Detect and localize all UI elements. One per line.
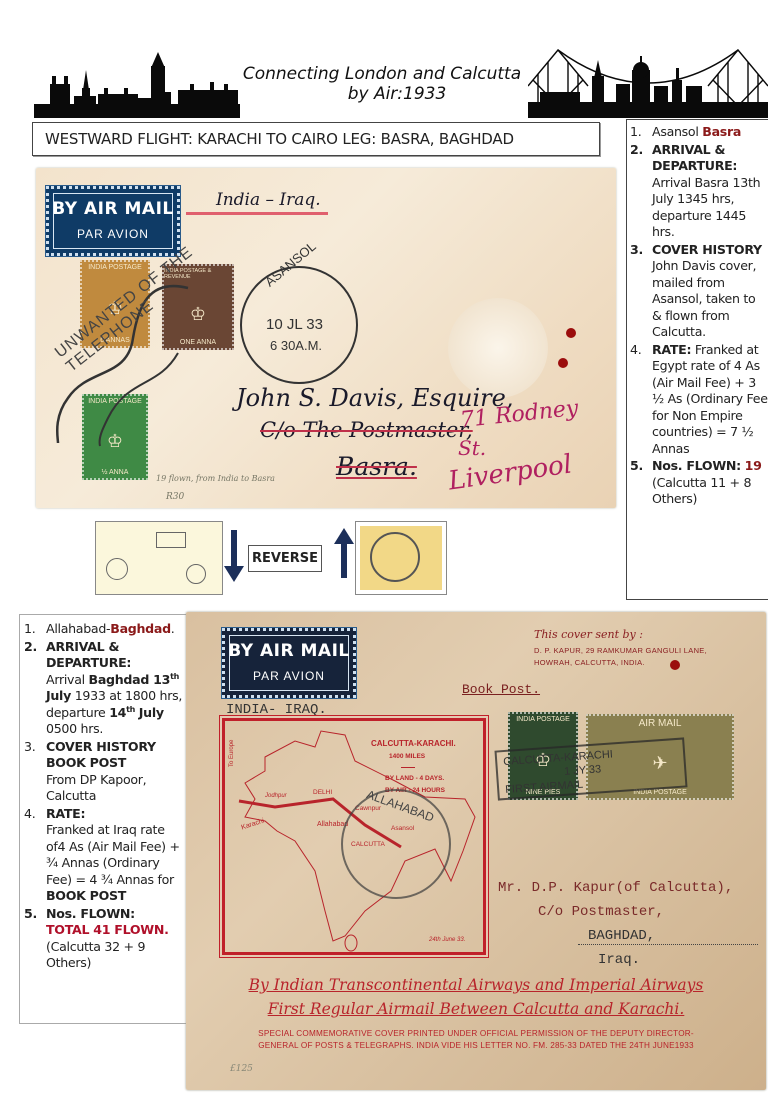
note-route: 1.Asansol Basra [630, 124, 768, 141]
map-by-land: BY LAND - 4 DAYS. [385, 775, 444, 782]
address-line-2: C/o Postmaster, [538, 904, 664, 920]
reverse-postmark [106, 558, 128, 580]
airmail-label: BY AIR MAIL PAR AVION [46, 186, 180, 256]
reverse-cachet-box [156, 532, 186, 548]
address-line-3: Basra. [336, 452, 417, 481]
note-cover-history: 3.COVER HISTORYBOOK POSTFrom DP Kapoor, … [24, 739, 187, 805]
sender-line-2: HOWRAH, CALCUTTA, INDIA. [534, 658, 645, 667]
address-line-4: Iraq. [598, 952, 640, 968]
place-jodhpur: Jodhpur [265, 793, 287, 799]
note-route: 1.Allahabad-Baghdad. [24, 621, 187, 638]
note-arrival: 2.ARRIVAL & DEPARTURE:Arrival Basra 13th… [630, 142, 768, 241]
notes-panel-top: 1.Asansol Basra 2.ARRIVAL & DEPARTURE:Ar… [626, 119, 768, 600]
basra-postmark [370, 532, 420, 582]
sender-intro: This cover sent by : [534, 628, 643, 641]
route-typed: INDIA- IRAQ. [226, 702, 327, 718]
reverse-thumbnail-postmark[interactable] [355, 521, 447, 595]
section-heading: WESTWARD FLIGHT: KARACHI TO CAIRO LEG: B… [32, 122, 600, 156]
destination-highlight: Basra [702, 124, 741, 139]
banner-line-2: First Regular Airmail Between Calcutta a… [186, 1000, 766, 1018]
divider [401, 767, 415, 768]
title-line-2: by Air:1933 [232, 84, 532, 104]
note-rate: 4.RATE: Franked at Egypt rate of 4 As (A… [630, 342, 768, 458]
redirect-line-2: St. [458, 436, 486, 460]
map-title: CALCUTTA-KARACHI. [371, 739, 456, 748]
page-title: Connecting London and Calcutta by Air:19… [232, 64, 532, 104]
map-cachet: CALCUTTA-KARACHI. 1400 MILES BY LAND - 4… [222, 718, 486, 955]
notes-panel-bottom: 1.Allahabad-Baghdad. 2.ARRIVAL & DEPARTU… [19, 614, 187, 1024]
red-underline [186, 212, 328, 215]
note-flown: 5.Nos. FLOWN: 19(Calcutta 11 + 8 Others) [630, 458, 768, 508]
pencil-price: R30 [166, 492, 184, 502]
fineprint-line-1: SPECIAL COMMEMORATIVE COVER PRINTED UNDE… [186, 1028, 766, 1040]
reverse-postmark [186, 564, 206, 584]
red-dot [566, 328, 576, 338]
address-line-2: C/o The Postmaster, [260, 418, 473, 442]
red-dot [670, 660, 680, 670]
arrow-down-icon [224, 530, 244, 582]
note-rate: 4.RATE:Franked at Iraq rate of4 As (Air … [24, 806, 187, 905]
map-miles: 1400 MILES [389, 753, 425, 760]
banner-line-1: By Indian Transcontinental Airways and I… [186, 976, 766, 994]
note-arrival: 2.ARRIVAL & DEPARTURE:Arrival Baghdad 13… [24, 639, 187, 738]
address-line-1: Mr. D.P. Kapur(of Calcutta), [498, 880, 733, 896]
note-flown: 5.Nos. FLOWN:TOTAL 41 FLOWN.(Calcutta 32… [24, 906, 187, 972]
book-post-label: Book Post. [462, 682, 540, 697]
place-to-europe: To Europe [229, 740, 235, 767]
title-line-1: Connecting London and Calcutta [232, 64, 532, 84]
pencil-note: 19 flown, from India to Basra [156, 474, 275, 483]
sender-line-1: D. P. KAPUR, 29 RAMKUMAR GANGULI LANE, [534, 646, 707, 655]
reverse-thumbnail-full[interactable] [95, 521, 223, 595]
arrow-up-icon [334, 528, 354, 578]
cover-allahabad-baghdad: BY AIR MAIL PAR AVION This cover sent by… [186, 612, 766, 1090]
postmark-asansol: ASANSOL 10 JL 33 6 30A.M. [240, 266, 358, 384]
cover-asansol-basra: BY AIR MAIL PAR AVION India – Iraq. INDI… [36, 168, 616, 508]
pencil-price: £125 [230, 1064, 253, 1074]
note-cover-history: 3.COVER HISTORYJohn Davis cover, mailed … [630, 242, 768, 341]
airmail-label: BY AIR MAIL PAR AVION [222, 628, 356, 698]
route-note: India – Iraq. [216, 190, 321, 210]
london-skyline-icon [34, 50, 240, 118]
embossed-seal [448, 298, 548, 398]
map-signature-date: 24th June 33. [429, 937, 465, 943]
fineprint-line-2: GENERAL OF POSTS & TELEGRAPHS. INDIA VID… [186, 1040, 766, 1052]
postmark-allahabad: ALLAHABAD [341, 789, 451, 899]
reverse-label: REVERSE [248, 545, 322, 572]
howrah-bridge-skyline-icon [528, 46, 768, 118]
red-dot [558, 358, 568, 368]
address-line-3: BAGHDAD, [578, 928, 758, 945]
place-delhi: DELHI [313, 789, 332, 796]
